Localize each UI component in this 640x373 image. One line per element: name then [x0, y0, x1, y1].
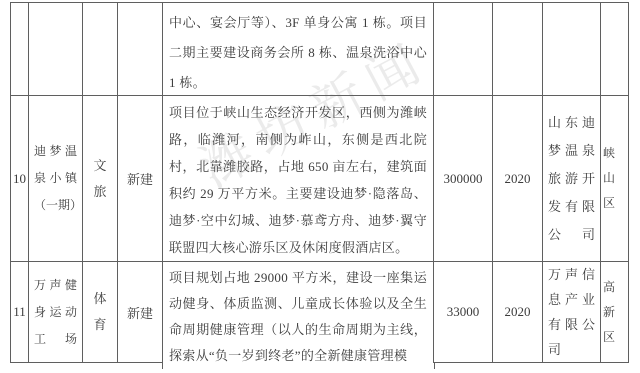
cell-r11-name: 万声健 身运动 工场	[29, 262, 83, 363]
cell-r11-id: 11	[11, 262, 29, 363]
cell-r0-district	[601, 3, 629, 96]
cell-r10-name: 迪梦温 泉小镇 （一期）	[29, 96, 83, 262]
cell-r0-company	[543, 3, 601, 96]
cell-r11-category: 体 育	[83, 262, 118, 363]
cell-r11-district: 高新 区	[601, 262, 629, 363]
border-extension-left	[162, 363, 163, 369]
cell-r0-id	[11, 3, 29, 96]
cell-r0-name	[29, 3, 83, 96]
cell-r0-category	[83, 3, 118, 96]
cell-r10-type: 新建	[118, 96, 163, 262]
document-page: 潍坊新闻 中心、宴会厅等）、3F 单身公寓 1 栋。项目二期主要建设商务会所 8…	[0, 0, 640, 373]
cell-r0-investment	[434, 3, 493, 96]
cell-r11-investment: 33000	[434, 262, 493, 363]
cell-r0-description: 中心、宴会厅等）、3F 单身公寓 1 栋。项目二期主要建设商务会所 8 栋、温泉…	[163, 3, 434, 96]
cell-r11-type: 新建	[118, 262, 163, 363]
cell-r10-year: 2020	[493, 96, 543, 262]
cell-r11-company: 万声信 息产业 有限公 司	[543, 262, 601, 363]
cell-r11-year: 2020	[493, 262, 543, 363]
project-table: 中心、宴会厅等）、3F 单身公寓 1 栋。项目二期主要建设商务会所 8 栋、温泉…	[10, 2, 629, 363]
cell-r11-description: 项目规划占地 29000 平方米，建设一座集运动健身、体质监测、儿童成长体验以及…	[163, 262, 434, 363]
cell-r10-category: 文 旅	[83, 96, 118, 262]
cell-r0-year	[493, 3, 543, 96]
cell-r0-type	[118, 3, 163, 96]
border-extension-right	[434, 363, 435, 369]
cell-r10-description: 项目位于峡山生态经济开发区，西侧为潍峡路，临潍河，南侧为岞山，东侧是西北院村，北…	[163, 96, 434, 262]
cell-r10-id: 10	[11, 96, 29, 262]
cell-r10-company: 山东迪 梦温泉 旅游开 发有限 公司	[543, 96, 601, 262]
cell-r10-district: 峡山 区	[601, 96, 629, 262]
cell-r10-investment: 300000	[434, 96, 493, 262]
